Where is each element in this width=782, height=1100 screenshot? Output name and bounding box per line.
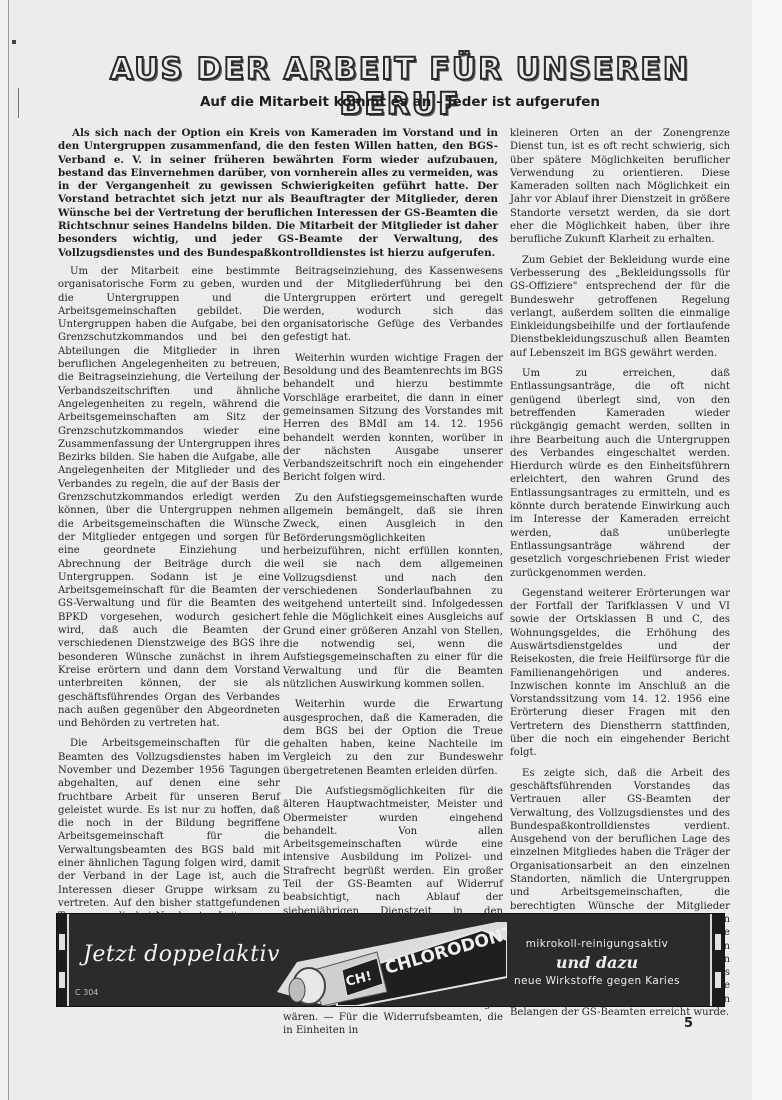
advertisement-chlorodont: Jetzt doppelaktiv C 304 CH! CHLORODONT m… [56, 913, 725, 1007]
ad-claim-1: mikrokoll-reinigungsaktiv [497, 938, 697, 950]
paragraph: Zum Gebiet der Bekleidung wurde eine Ver… [510, 254, 730, 360]
film-edge-right [710, 914, 724, 1006]
scan-margin [752, 0, 782, 1100]
ad-code: C 304 [75, 988, 98, 997]
paragraph: Um zu erreichen, daß Entlassungsanträge,… [510, 367, 730, 580]
paragraph: Weiterhin wurden wichtige Fragen der Bes… [283, 352, 503, 485]
text-column-1: Um der Mitarbeit eine bestimmte organisa… [58, 265, 280, 997]
film-edge-left [57, 914, 69, 1006]
paragraph: kleineren Orten an der Zonengrenze Diens… [510, 127, 730, 247]
ad-claim-2: und dazu [497, 953, 697, 972]
text-column-3: kleineren Orten an der Zonengrenze Diens… [510, 127, 730, 1026]
page-number: 5 [684, 1016, 693, 1031]
article-headline: AUS DER ARBEIT FÜR UNSEREN BERUF [60, 52, 740, 122]
paragraph: Beitragseinziehung, des Kassenwesens und… [283, 265, 503, 345]
paragraph: Um der Mitarbeit eine bestimmte organisa… [58, 265, 280, 730]
paragraph: Zu den Aufstiegsgemeinschaften wurde all… [283, 492, 503, 691]
paragraph: Gegenstand weiterer Erörterungen war der… [510, 587, 730, 760]
scan-mark [18, 88, 19, 118]
ad-claims: mikrokoll-reinigungsaktiv und dazu neue … [497, 938, 697, 987]
lead-paragraph: Als sich nach der Option ein Kreis von K… [58, 127, 498, 260]
toothpaste-tube-icon: CH! CHLORODONT [267, 922, 507, 1006]
paragraph: Weiterhin wurde die Erwartung ausgesproc… [283, 698, 503, 778]
article-subheadline: Auf die Mitarbeit kommt es an – Jeder is… [60, 94, 740, 110]
ad-claim-3: neue Wirkstoffe gegen Karies [497, 975, 697, 987]
scan-mark [12, 40, 16, 44]
ad-slogan: Jetzt doppelaktiv [83, 942, 280, 967]
